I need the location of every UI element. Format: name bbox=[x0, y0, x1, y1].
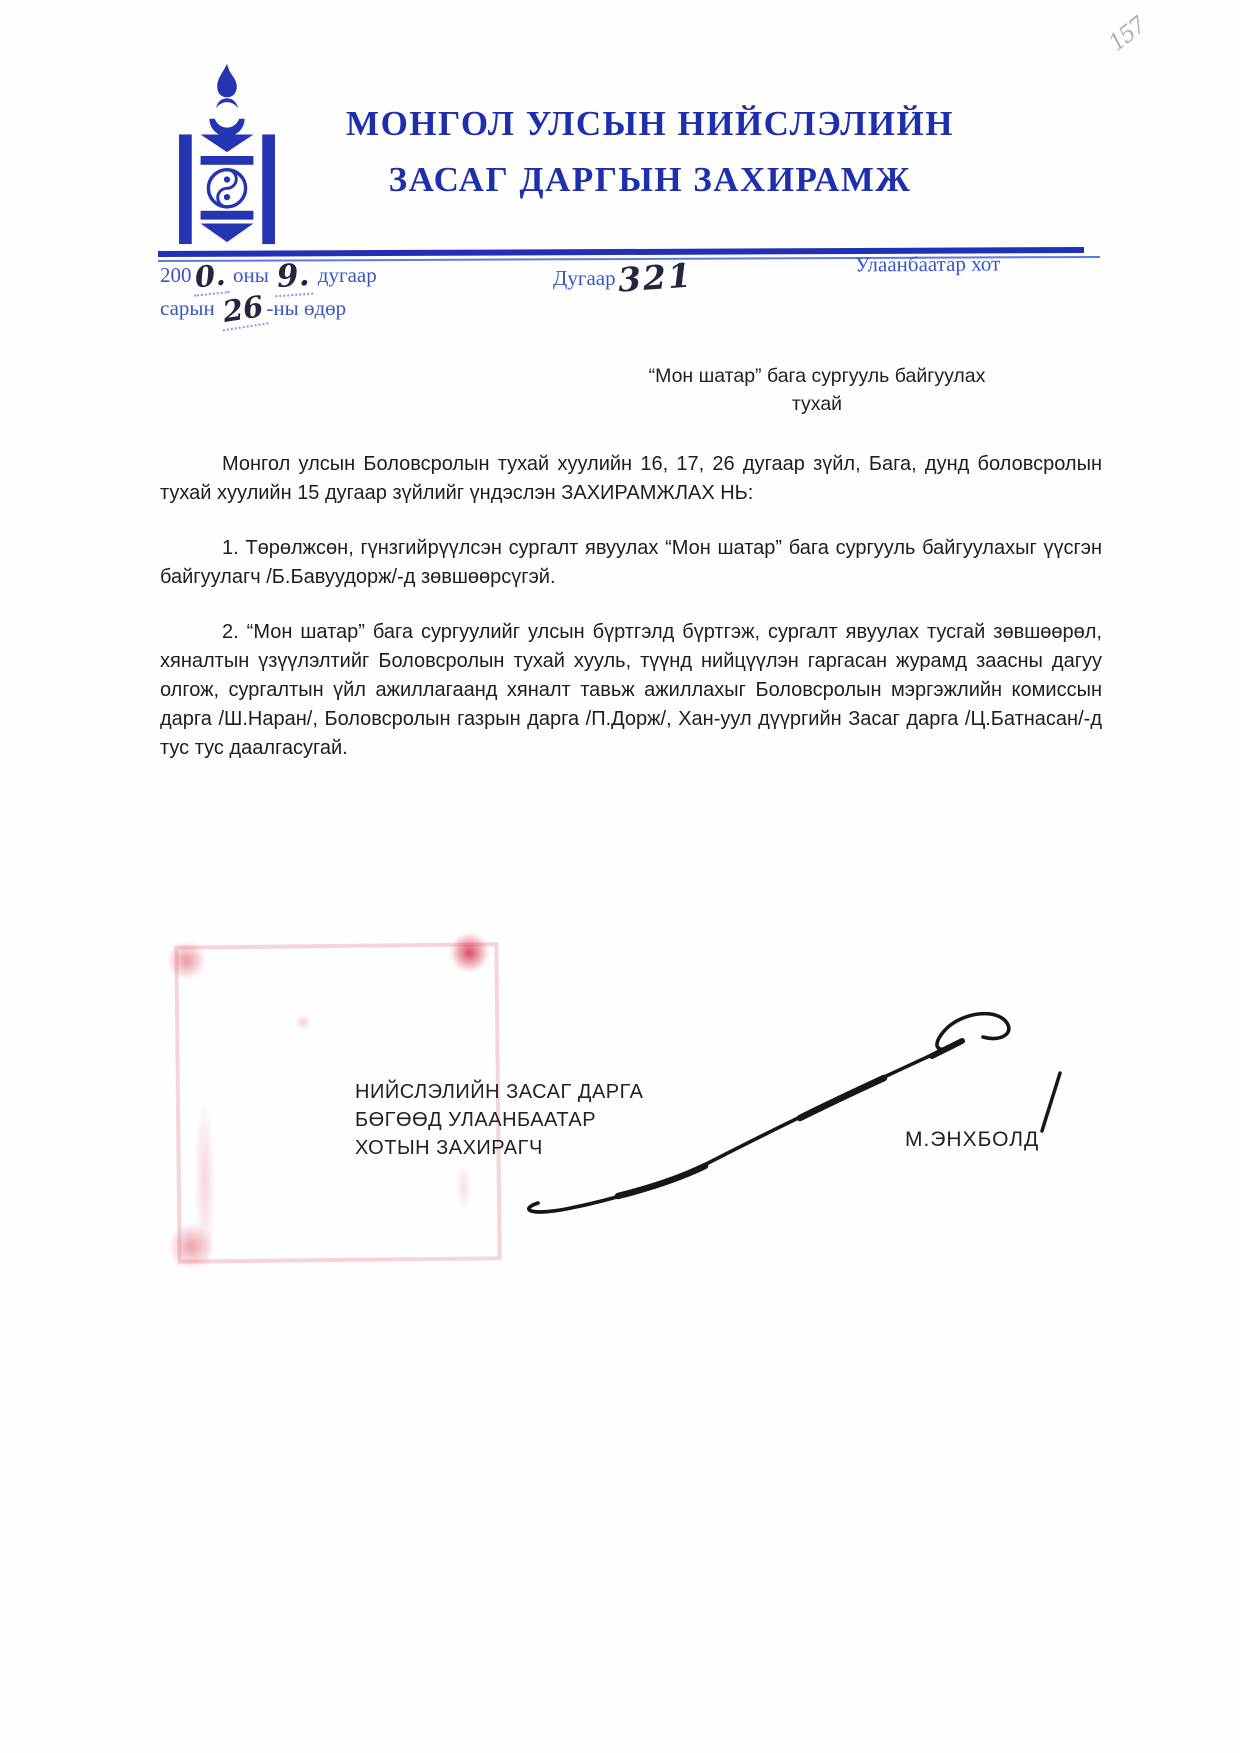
stamp-blotch bbox=[457, 1165, 471, 1211]
date-prefix: 200 bbox=[160, 263, 192, 287]
paragraph-preamble: Монгол улсын Боловсролын тухай хуулийн 1… bbox=[160, 450, 1102, 508]
date-day-suffix: -ны өдөр bbox=[266, 296, 346, 320]
handwritten-number: 321 bbox=[616, 255, 693, 299]
letterhead-title: МОНГОЛ УЛСЫН НИЙСЛЭЛИЙН ЗАСАГ ДАРГЫН ЗАХ… bbox=[280, 96, 1020, 208]
date-line-2: сарын 26-ны өдөр bbox=[160, 292, 346, 328]
document-page: 157 bbox=[0, 0, 1240, 1753]
handwritten-signature bbox=[500, 990, 1100, 1235]
stamp-blotch bbox=[297, 1014, 309, 1030]
corner-pencil-note: 157 bbox=[1104, 13, 1150, 57]
subject-line1: “Мон шатар” бага сургууль байгуулах bbox=[567, 362, 1067, 390]
paragraph-item-2: 2. “Мон шатар” бага сургуулийг улсын бүр… bbox=[160, 618, 1102, 763]
signatory-name: М.ЭНХБОЛД bbox=[905, 1128, 1039, 1152]
subject-block: “Мон шатар” бага сургууль байгуулах туха… bbox=[567, 362, 1067, 418]
date-line-1: 2000. оны 9. дугаар bbox=[160, 258, 377, 296]
date-sariin: сарын bbox=[160, 296, 215, 320]
stamp-blotch bbox=[450, 932, 488, 972]
soyombo-emblem-icon bbox=[172, 62, 282, 253]
document-number: Дугаар321 bbox=[553, 258, 692, 297]
city-label: Улаанбаатар хот bbox=[855, 251, 1000, 277]
date-dugaar: дугаар bbox=[318, 263, 377, 287]
letterhead-title-line2: ЗАСАГ ДАРГЫН ЗАХИРАМЖ bbox=[280, 152, 1020, 208]
date-oni: оны bbox=[233, 263, 269, 287]
subject-line2: тухай bbox=[567, 390, 1067, 418]
handwritten-year: 0. bbox=[190, 257, 230, 297]
body-text: Монгол улсын Боловсролын тухай хуулийн 1… bbox=[160, 450, 1102, 789]
letterhead-title-line1: МОНГОЛ УЛСЫН НИЙСЛЭЛИЙН bbox=[280, 96, 1020, 152]
paragraph-item-1: 1. Төрөлжсөн, гүнзгийрүүлсэн сургалт яву… bbox=[160, 534, 1102, 592]
stamp-blotch bbox=[168, 939, 204, 981]
number-label: Дугаар bbox=[553, 266, 616, 290]
handwritten-day: 26 bbox=[217, 289, 268, 332]
